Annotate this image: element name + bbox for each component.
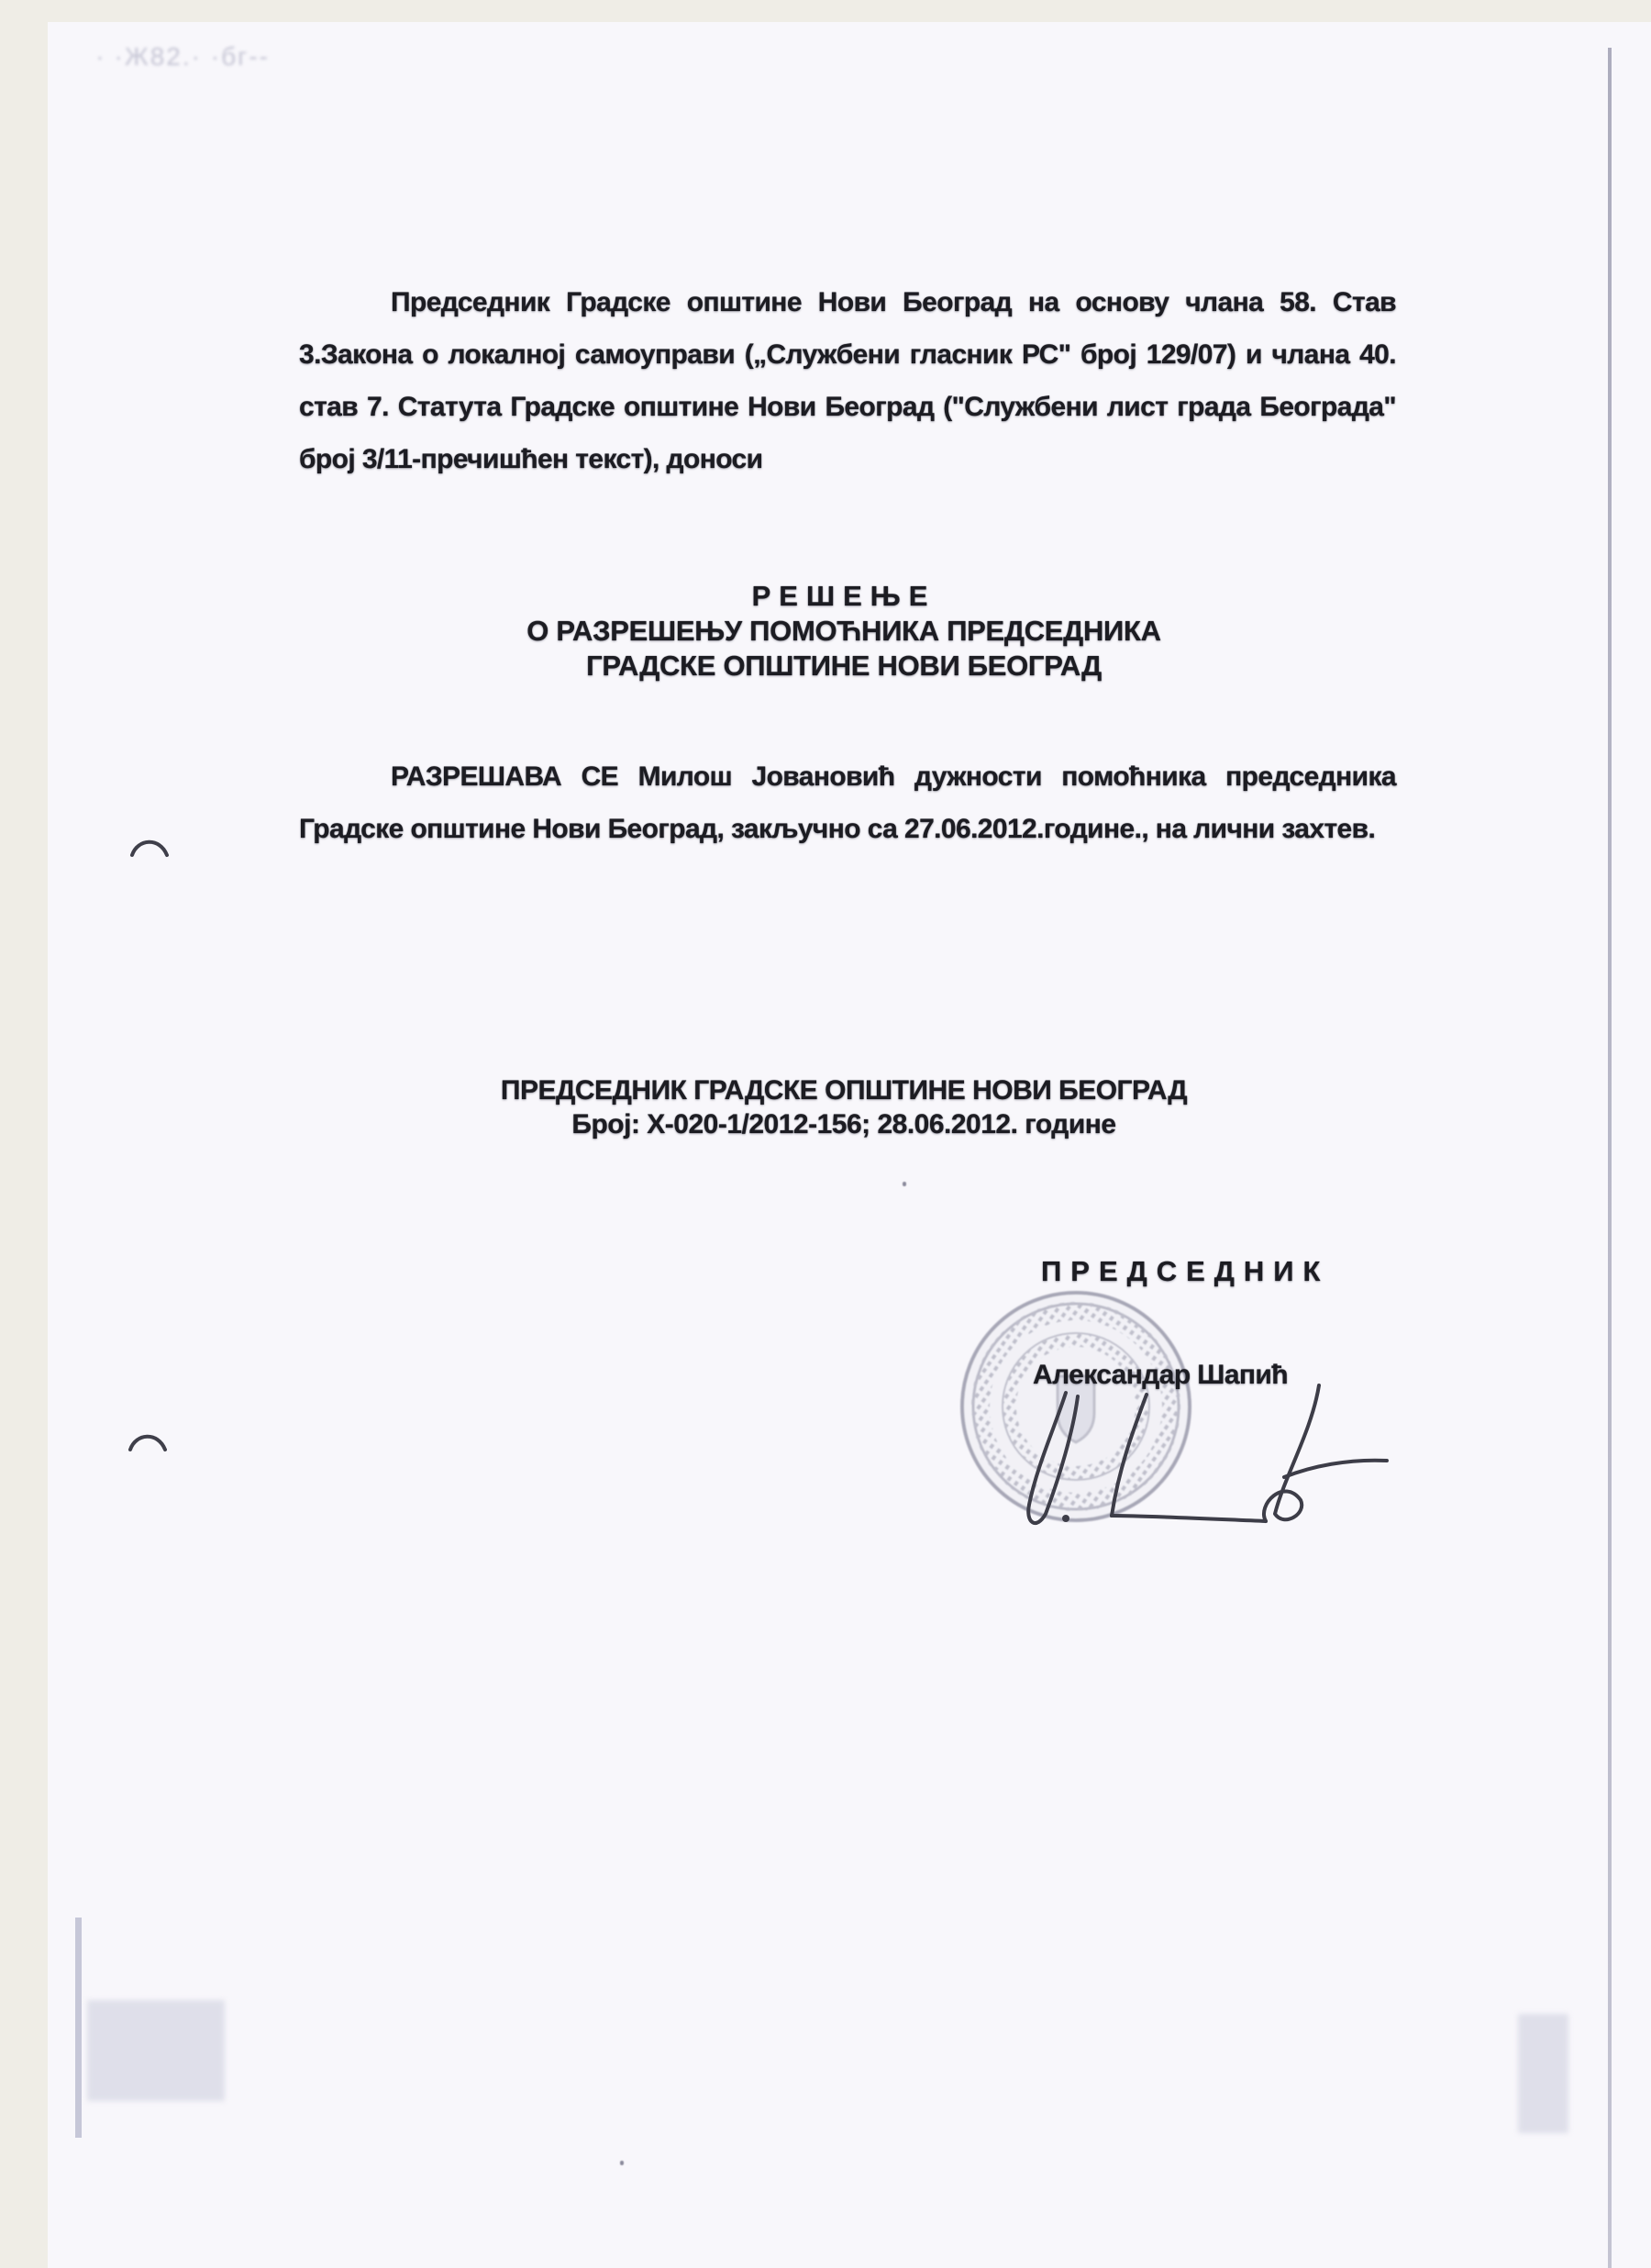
title-line-municipality: ГРАДСКЕ ОПШТИНЕ НОВИ БЕОГРАД	[459, 649, 1229, 684]
signer-role: ПРЕДСЕДНИК	[1041, 1255, 1329, 1288]
title-line-resenje: РЕШЕЊЕ	[459, 579, 1229, 614]
preamble-paragraph: Председник Градске општине Нови Београд …	[299, 276, 1396, 485]
corner-smudge-bottom-left	[87, 2000, 225, 2101]
document-title: РЕШЕЊЕ О РАЗРЕШЕЊУ ПОМОЋНИКА ПРЕДСЕДНИКА…	[459, 579, 1229, 684]
issuer-name: ПРЕДСЕДНИК ГРАДСКЕ ОПШТИНЕ НОВИ БЕОГРАД	[431, 1073, 1257, 1107]
speck-mark	[620, 2161, 624, 2165]
title-line-subject: О РАЗРЕШЕЊУ ПОМОЋНИКА ПРЕДСЕДНИКА	[459, 614, 1229, 649]
corner-stamp-mark: ∙ ·Ж82.· ·бг‐‐	[96, 42, 390, 73]
page-edge-line	[1608, 48, 1612, 2268]
document-number-date: Број: X-020-1/2012-156; 28.06.2012. годи…	[431, 1107, 1257, 1141]
speck-mark	[903, 1182, 906, 1186]
preamble-text: Председник Градске општине Нови Београд …	[299, 287, 1396, 474]
page-edge-line-left	[75, 1918, 82, 2138]
punch-hole-mark-icon	[127, 1429, 169, 1453]
issuer-block: ПРЕДСЕДНИК ГРАДСКЕ ОПШТИНЕ НОВИ БЕОГРАД …	[431, 1073, 1257, 1141]
decision-paragraph: РАЗРЕШАВА СЕ Милош Јовановић дужности по…	[299, 750, 1396, 855]
decision-text: РАЗРЕШАВА СЕ Милош Јовановић дужности по…	[299, 762, 1396, 844]
punch-hole-mark-icon	[128, 835, 171, 859]
handwritten-signature-icon	[1009, 1376, 1394, 1551]
corner-smudge-bottom-right	[1518, 2014, 1568, 2133]
